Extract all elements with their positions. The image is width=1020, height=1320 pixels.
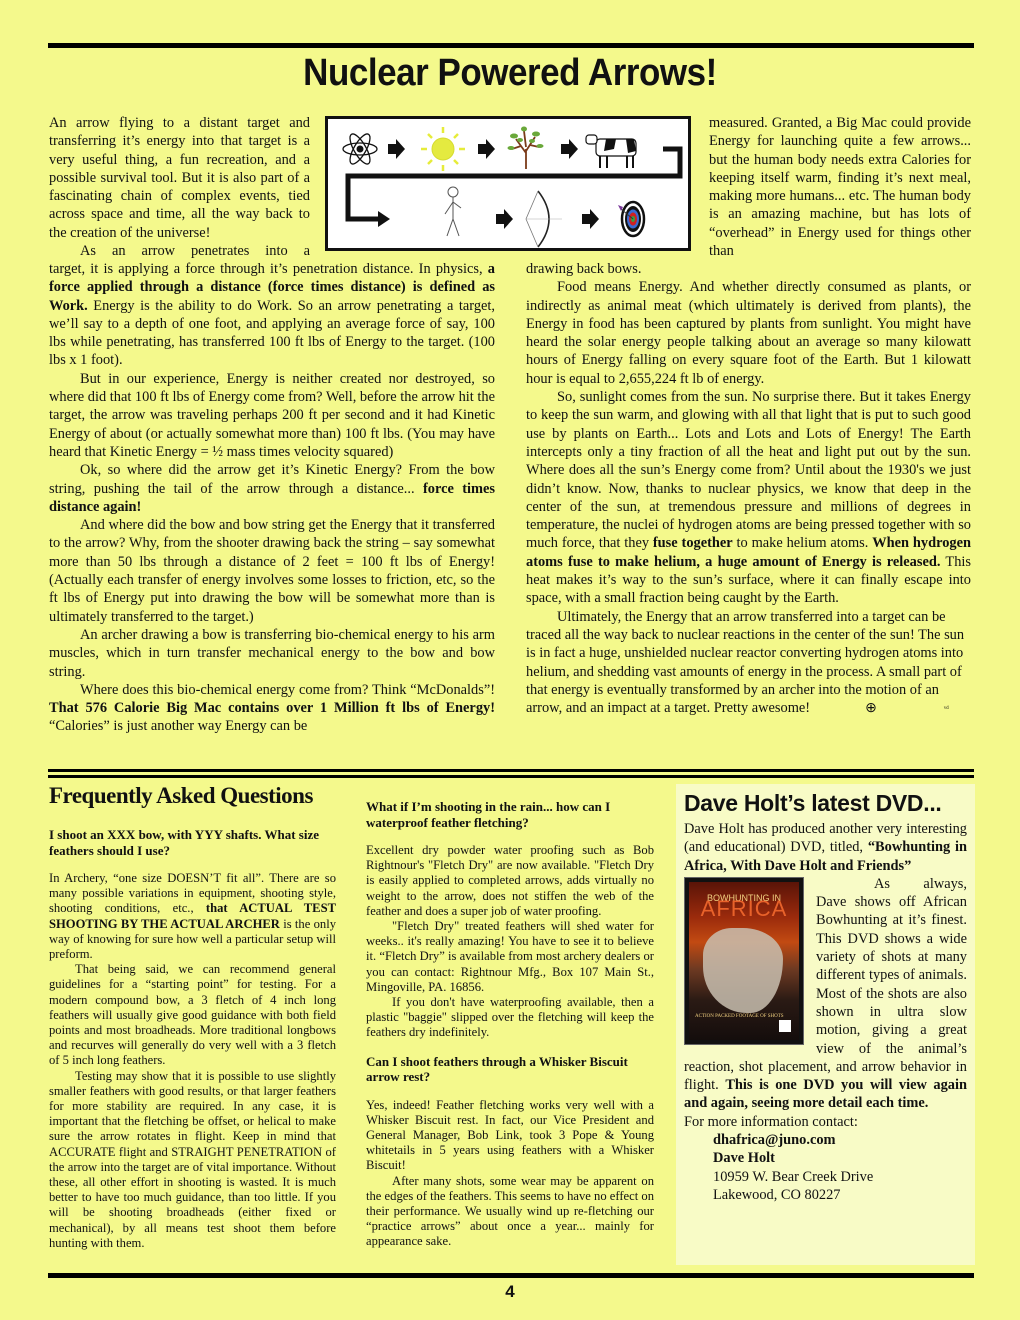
faq-column-1: I shoot an XXX bow, with YYY shafts. Wha… [49,827,336,1251]
top-rule [48,43,974,48]
cow-icon [586,135,636,168]
article-left-column: target, it is applying a force through i… [49,260,495,736]
stick-figure-icon [445,187,461,236]
paragraph: target, it is applying a force through i… [49,260,495,370]
paragraph: But in our experience, Energy is neither… [49,370,495,461]
faq-column-2: What if I’m shooting in the rain... how … [366,799,654,1250]
faq-answer: Testing may show that it is possible to … [49,1069,336,1251]
bow-icon [526,191,562,247]
energy-chain-diagram [325,116,691,251]
signature-mark: ᵛᵈ [913,700,949,718]
faq-question: What if I’m shooting in the rain... how … [366,799,654,830]
faq-answer: "Fletch Dry" treated feathers will shed … [366,919,654,995]
target-end-icon: ⊕ [834,700,877,718]
target-icon [618,202,644,236]
faq-answer: That being said, we can recommend genera… [49,962,336,1068]
faq-question: Can I shoot feathers through a Whisker B… [366,1054,654,1085]
paragraph: Ultimately, the Energy that an arrow tra… [526,608,971,719]
africa-map-icon [703,928,783,1013]
contact-name: Dave Holt [684,1149,967,1167]
article-left-top: An arrow flying to a distant target and … [49,114,310,260]
paragraph: Food means Energy. And whether directly … [526,278,971,388]
section-divider [48,769,974,772]
paragraph: Ok, so where did the arrow get it’s Kine… [49,461,495,516]
section-divider [48,775,974,778]
dvd-cover-image: BOWHUNTING IN AFRICA ACTION PACKED FOOTA… [684,877,804,1045]
paragraph: And where did the bow and bow string get… [49,516,495,626]
faq-title: Frequently Asked Questions [49,783,313,809]
tree-icon [508,127,544,170]
dvd-text: Dave Holt has produced another very inte… [684,820,967,1204]
arrow-right-icon [388,139,578,159]
contact-email[interactable]: dhafrica@juno.com [684,1131,967,1149]
faq-question: I shoot an XXX bow, with YYY shafts. Wha… [49,827,336,858]
intro-paragraph: An arrow flying to a distant target and … [49,114,310,242]
paragraph: So, sunlight comes from the sun. No surp… [526,388,971,608]
dvd-title: Dave Holt’s latest DVD... [684,790,967,817]
contact-label: For more information contact: [684,1113,967,1131]
contact-address-1: 10959 W. Bear Creek Drive [684,1168,967,1186]
faq-answer: Excellent dry powder water proofing such… [366,843,654,919]
paragraph: An archer drawing a bow is transferring … [49,626,495,681]
paragraph-start: As an arrow penetrates into a [49,242,310,260]
article-right-top: measured. Granted, a Big Mac could provi… [709,114,971,260]
sun-icon [421,127,465,171]
faq-answer: In Archery, “one size DOESN’T fit all”. … [49,871,336,962]
atom-icon [343,131,377,166]
bottom-rule [48,1273,974,1278]
paragraph: Where does this bio-chemical energy come… [49,681,495,736]
page-number: 4 [0,1282,1020,1302]
contact-address-2: Lakewood, CO 80227 [684,1186,967,1204]
publisher-logo-icon [779,1020,791,1032]
paragraph: measured. Granted, a Big Mac could provi… [709,114,971,260]
dvd-intro: Dave Holt has produced another very inte… [684,820,967,875]
dvd-promo-box: Dave Holt’s latest DVD... Dave Holt has … [676,784,975,1265]
faq-answer: After many shots, some wear may be appar… [366,1174,654,1250]
faq-answer: Yes, indeed! Feather fletching works ver… [366,1098,654,1174]
paragraph: drawing back bows. [526,260,971,278]
article-title: Nuclear Powered Arrows! [41,52,979,95]
faq-answer: If you don't have waterproofing availabl… [366,995,654,1041]
article-right-column: drawing back bows. Food means Energy. An… [526,260,971,718]
